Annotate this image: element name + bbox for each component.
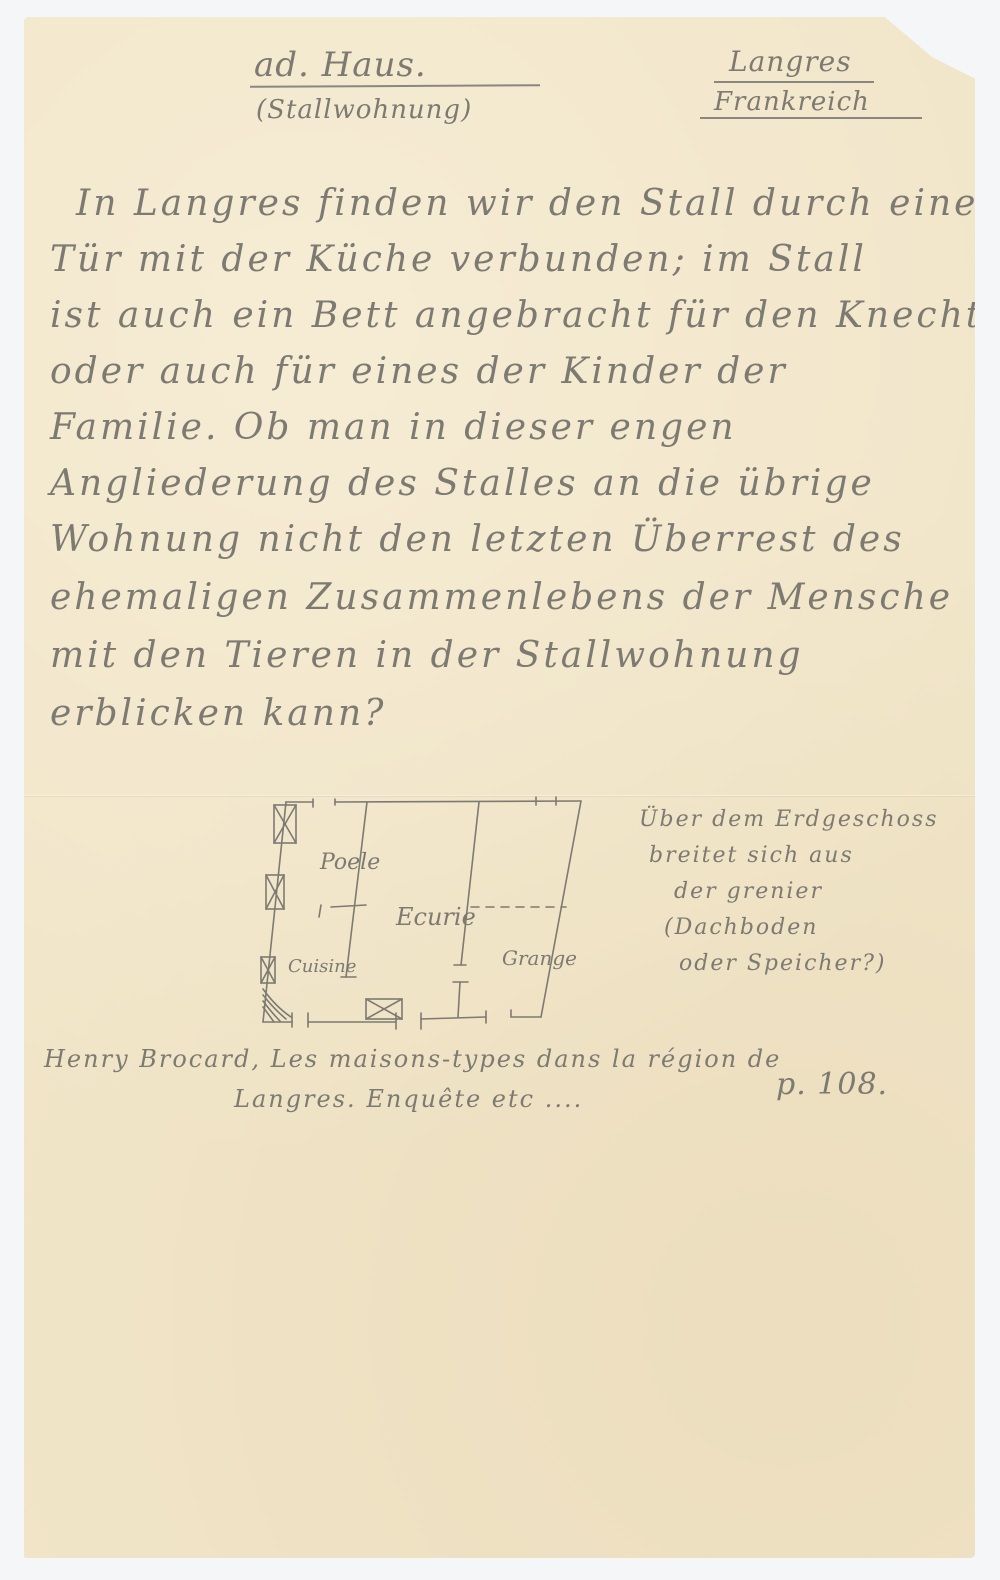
body-line: Wohnung nicht den letzten Überrest des	[50, 519, 905, 560]
side-note-line: der grenier	[674, 879, 823, 904]
room-label-poele: Poele	[319, 850, 380, 875]
body-line: oder auch für eines der Kinder der	[50, 351, 788, 392]
page-title: ad. Haus.	[254, 45, 427, 85]
body-line: ist auch ein Bett angebracht für den Kne…	[50, 295, 983, 336]
body-line: erblicken kann?	[50, 693, 386, 734]
body-line: Tür mit der Küche verbunden; im Stall	[50, 239, 867, 280]
body-line: In Langres finden wir den Stall durch ei…	[76, 183, 978, 224]
side-note-line: (Dachboden	[664, 915, 818, 940]
place-label: Langres	[729, 45, 852, 78]
side-note-line: Über dem Erdgeschoss	[639, 807, 938, 832]
body-line: ehemaligen Zusammenlebens der Mensche	[50, 577, 953, 618]
body-line: Familie. Ob man in dieser engen	[50, 407, 737, 448]
body-line: mit den Tieren in der Stallwohnung	[50, 635, 804, 676]
floor-plan-sketch: Poele Ecurie Grange Cuisine	[246, 777, 586, 1037]
page-subtitle: (Stallwohnung)	[256, 95, 472, 125]
country-underline	[700, 117, 922, 119]
side-note-line: breitet sich aus	[649, 843, 854, 868]
citation-line: Langres. Enquête etc ....	[234, 1085, 583, 1113]
page-reference: p. 108.	[776, 1067, 888, 1102]
manuscript-page: ad. Haus. (Stallwohnung) Langres Frankre…	[24, 17, 975, 1558]
room-label-ecurie: Ecurie	[395, 903, 476, 931]
room-label-grange: Grange	[502, 946, 577, 970]
title-underline	[250, 84, 540, 88]
citation-line: Henry Brocard, Les maisons-types dans la…	[44, 1045, 781, 1073]
place-underline	[714, 81, 874, 83]
country-label: Frankreich	[714, 87, 870, 117]
body-line: Angliederung des Stalles an die übrige	[50, 463, 875, 504]
side-note-line: oder Speicher?)	[679, 951, 886, 976]
room-label-cuisine: Cuisine	[288, 956, 356, 977]
